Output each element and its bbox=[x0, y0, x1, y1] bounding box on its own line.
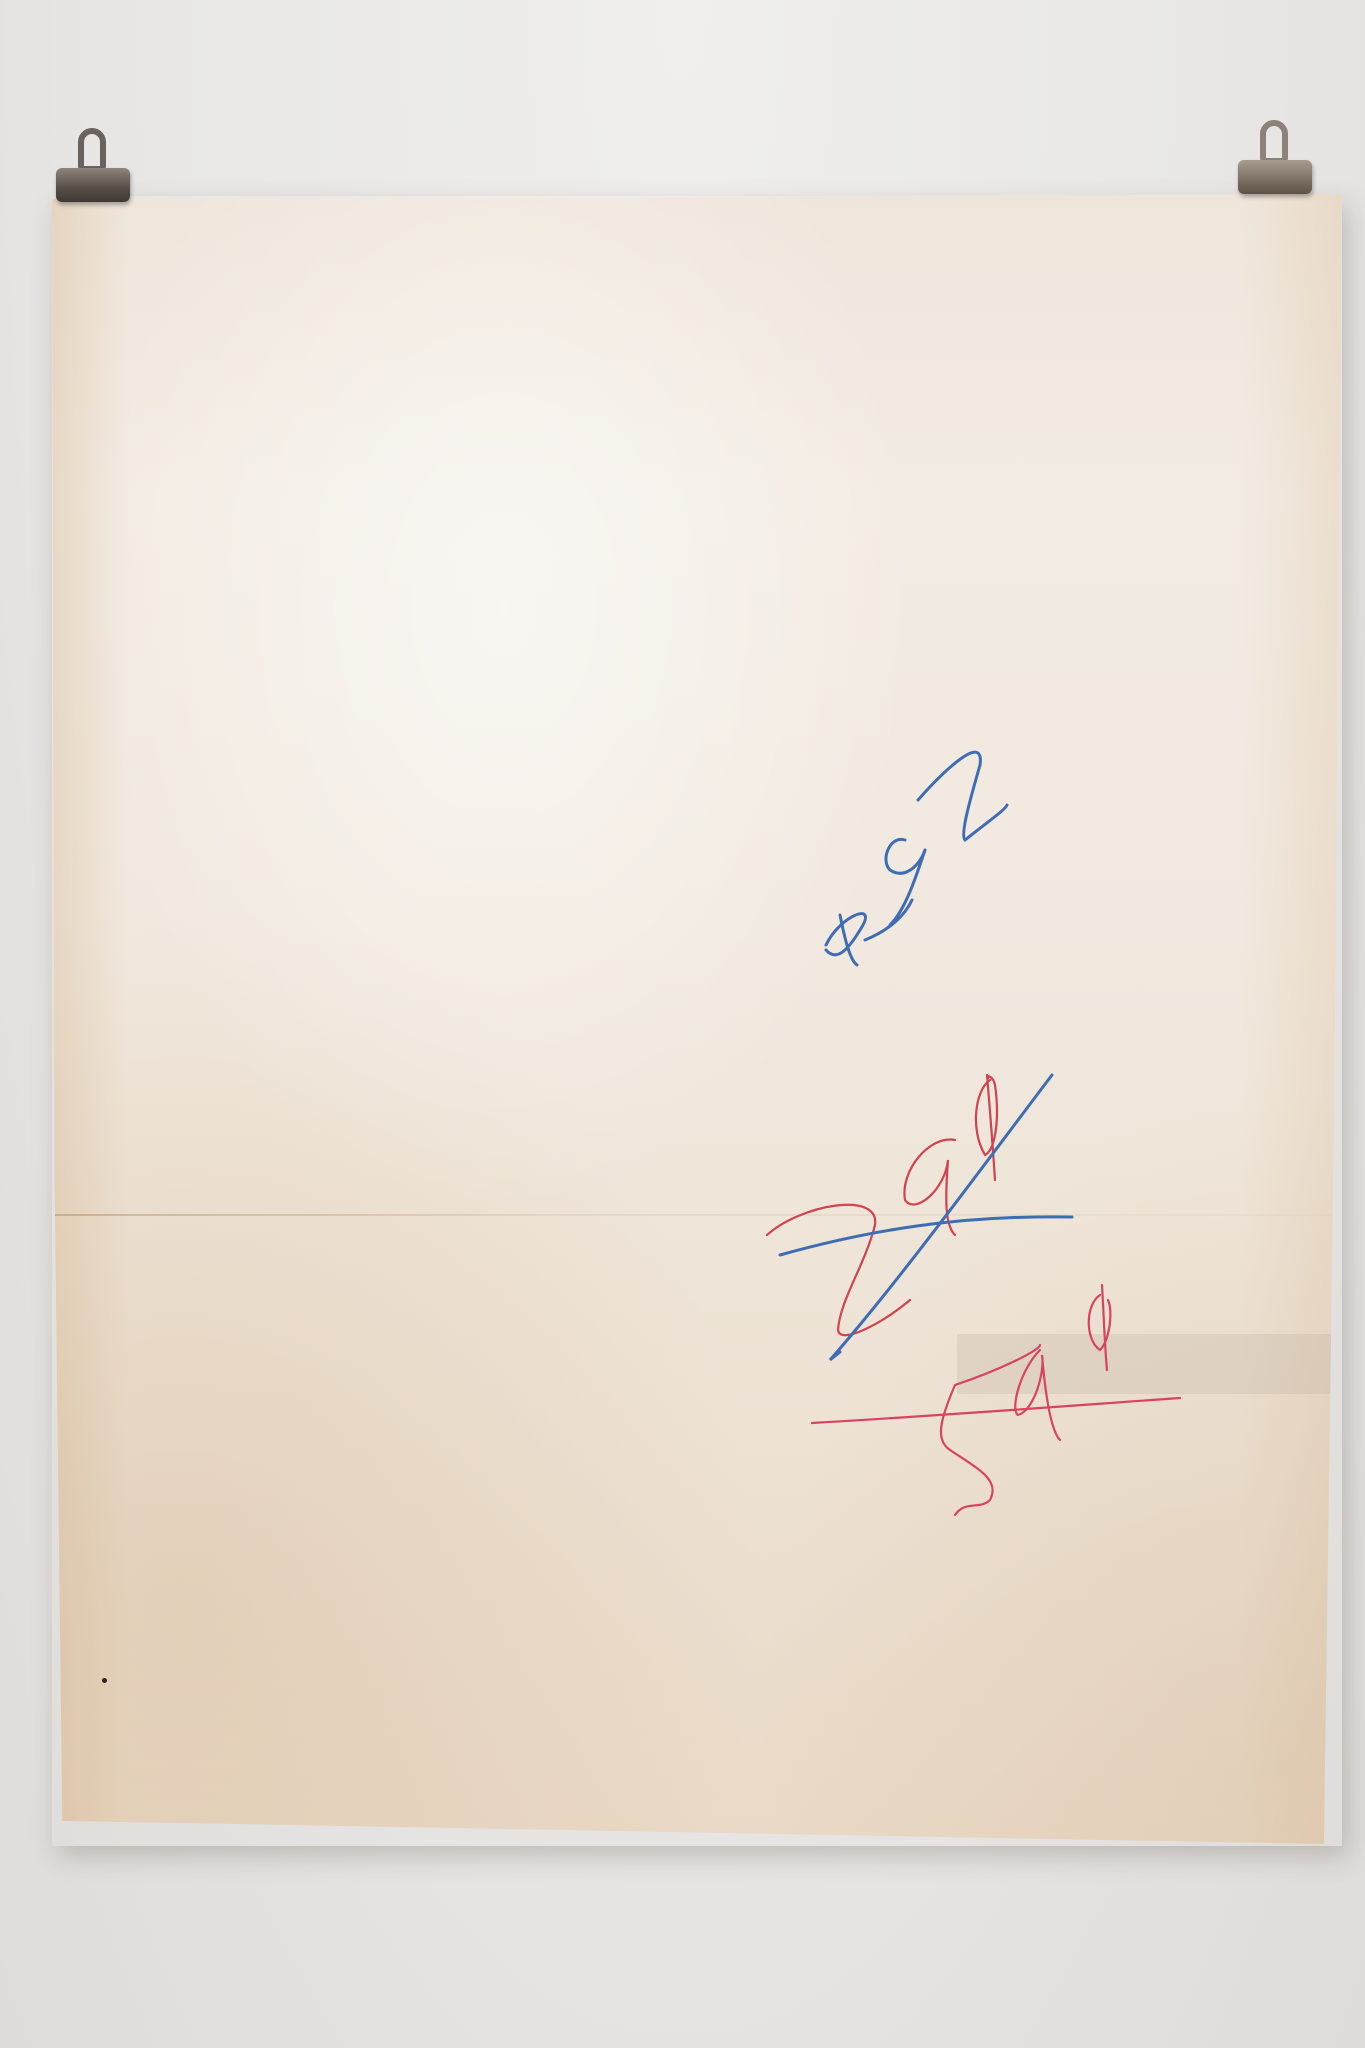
fold-crease bbox=[52, 1214, 1342, 1216]
clip-ring bbox=[78, 128, 106, 172]
clip-ring bbox=[1260, 120, 1288, 164]
tape-stain bbox=[957, 1334, 1342, 1394]
ink-dot bbox=[102, 1678, 107, 1683]
aged-paper-sheet bbox=[52, 194, 1342, 1844]
binder-clip-left-icon bbox=[56, 128, 130, 208]
clip-jaw bbox=[1238, 160, 1312, 194]
binder-clip-right-icon bbox=[1238, 120, 1312, 200]
clip-jaw bbox=[56, 168, 130, 202]
